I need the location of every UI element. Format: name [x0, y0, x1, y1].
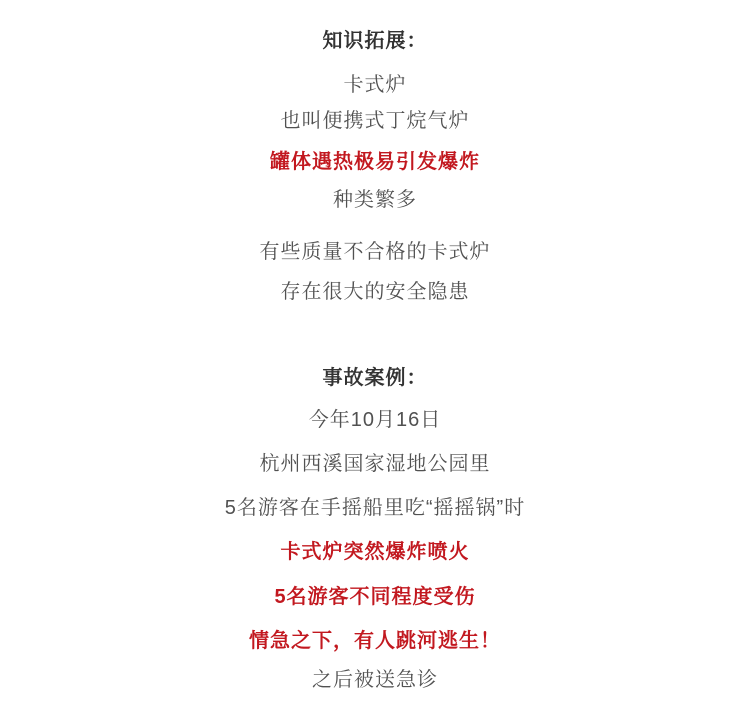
- text-line-stove-name: 卡式炉: [0, 75, 750, 96]
- text-line-location: 杭州西溪国家湿地公园里: [0, 454, 750, 475]
- text-line-date: 今年10月16日: [0, 410, 750, 431]
- text-line-tourists-boat: 5名游客在手摇船里吃“摇摇锅”时: [0, 498, 750, 519]
- section-heading-knowledge: 知识拓展：: [0, 31, 750, 52]
- text-line-unqualified: 有些质量不合格的卡式炉: [0, 242, 750, 263]
- text-line-emergency-care: 之后被送急诊: [0, 670, 750, 691]
- alert-line-stove-exploded: 卡式炉突然爆炸喷火: [0, 542, 750, 563]
- article-body: 知识拓展： 卡式炉 也叫便携式丁烷气炉 罐体遇热极易引发爆炸 种类繁多 有些质量…: [0, 31, 750, 691]
- alert-line-jumped-river: 情急之下，有人跳河逃生！: [0, 631, 750, 652]
- text-line-alias: 也叫便携式丁烷气炉: [0, 111, 750, 132]
- section-heading-case: 事故案例：: [0, 368, 750, 389]
- alert-line-injuries: 5名游客不同程度受伤: [0, 587, 750, 608]
- text-line-many-types: 种类繁多: [0, 190, 750, 211]
- alert-line-explosion-risk: 罐体遇热极易引发爆炸: [0, 152, 750, 173]
- text-line-safety-hazard: 存在很大的安全隐患: [0, 282, 750, 303]
